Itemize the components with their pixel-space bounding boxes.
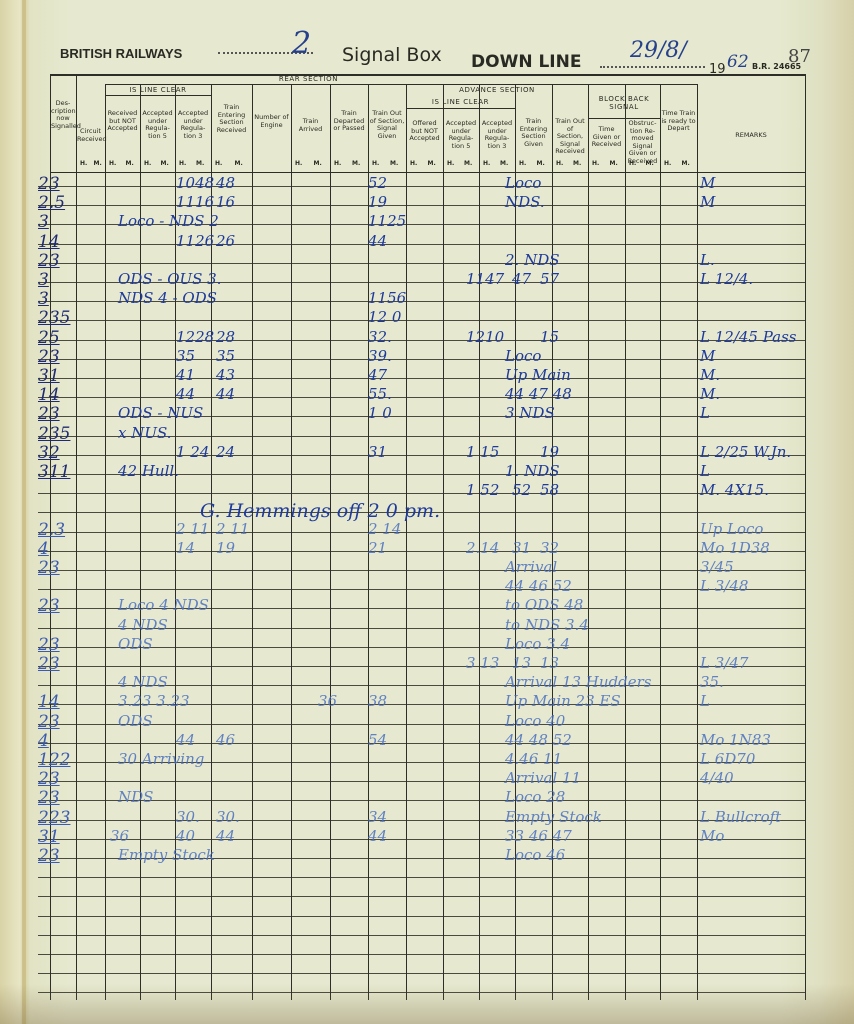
rear-is-line-clear-label: IS LINE CLEAR [105,86,211,94]
advance-note-entry: Arrival 13 Hudders [505,673,652,691]
description-code: 23 [38,596,60,616]
col-rear-accepted-reg3: Accepted under Regula-tion 3 [176,110,210,140]
minute-label: M. [126,160,134,167]
remarks-entry: L. [700,251,715,269]
col-circuit-received: Circuit Received [77,128,104,143]
remarks-entry: L 3/47 [700,654,748,672]
description-code: 3 [38,289,49,309]
train-entering-section-received-entry: 16 [216,193,235,211]
advance-section-label: ADVANCE SECTION [406,86,588,94]
row-line [38,877,805,878]
col-train-entering-received: Train Entering Section Received [212,104,251,134]
rear-accepted-reg3-entry: 1228 [176,328,214,346]
col-train-out-received: Train Out of Section, Signal Received [553,118,587,156]
train-departed-entry: 36 [318,692,337,710]
column-divider [252,84,253,1000]
advance-note-entry: to NDS 3.4 [505,616,589,634]
advance-note-entry: Loco [505,174,541,192]
description-code: 122 [38,750,70,770]
train-entering-section-received-entry: 44 [216,827,235,845]
advance-note-entry: Up Main [505,366,571,384]
rear-accepted-reg3-entry: 1126 [176,232,214,250]
page-spine [22,0,26,1024]
column-divider [330,84,331,1000]
col-train-departed: Train Departed or Passed [331,110,367,133]
rear-accepted-reg3-entry: 40 [176,827,195,845]
remarks-entry: L [700,404,710,422]
note-entry: x NUS. [118,424,172,442]
note-entry: ODS [118,635,153,653]
minute-label: M. [196,160,204,167]
rear-lineclear-rule [105,95,211,96]
note-entry: NDS [118,788,153,806]
remarks-entry: 3/45 [700,558,734,576]
hour-label: H. [109,160,116,167]
train-out-of-section-entry: 31 [368,443,387,461]
row-line [38,205,805,206]
remarks-entry: L 12/45 Pass [700,328,796,346]
signal-box-label: Signal Box [342,44,442,66]
note-entry: 42 Hull. [118,462,179,480]
row-line [38,666,805,667]
rear-accepted-reg3-entry: 44 [176,731,195,749]
advance-note-entry: Loco 28 [505,788,565,806]
row-line [38,455,805,456]
train-entering-section-given-entry: 13 [512,654,531,672]
minute-label: M. [390,160,398,167]
advance-note-entry: Loco [505,347,541,365]
col-remarks: REMARKS [698,132,804,140]
row-line [38,244,805,245]
train-out-of-section-received-entry: 57 [540,270,559,288]
train-entering-section-received-entry: 48 [216,174,235,192]
remarks-entry: 4/40 [700,769,734,787]
minute-label: M. [94,160,102,167]
hour-label: H. [447,160,454,167]
train-out-of-section-entry: 1156 [368,289,406,307]
note-entry: NDS 4 - ODS [118,289,217,307]
description-code: 235 [38,308,70,328]
advance-note-entry: 33 46 47 [505,827,572,845]
hour-label: H. [410,160,417,167]
train-out-of-section-received-entry: 32 [540,539,559,557]
description-code: 223 [38,808,70,828]
train-out-of-section-entry: 19 [368,193,387,211]
row-line [38,647,805,648]
line-label: DOWN LINE [471,52,581,72]
train-out-of-section-entry: 54 [368,731,387,749]
description-code: 25 [38,328,60,348]
description-code: 32 [38,443,60,463]
train-out-of-section-received-entry: 19 [540,443,559,461]
page-edge-shadow [0,984,854,1024]
row-line [38,820,805,821]
advance-note-entry: 44 46 52 [505,577,572,595]
hour-label: H. [519,160,526,167]
page-number: 87 [788,46,811,67]
train-entering-section-received-entry: 35 [216,347,235,365]
description-code: 4 [38,731,49,751]
hour-label: H. [664,160,671,167]
advance-note-entry: Empty Stock [505,808,602,826]
row-line [38,896,805,897]
col-block-time-given: Time Given or Received [589,126,624,149]
minute-label: M. [352,160,360,167]
train-entering-section-given-entry: 31 [512,539,531,557]
advance-note-entry: 2. NDS [505,251,560,269]
note-entry: 4 NDS [118,673,168,691]
remarks-entry: M [700,347,715,365]
rear-section-label: REAR SECTION [211,75,406,83]
row-line [38,340,805,341]
train-entering-section-received-entry: 43 [216,366,235,384]
minute-label: M. [235,160,243,167]
note-entry: 30 Arriving [118,750,204,768]
rear-accepted-reg3-entry: 30. [176,808,200,826]
column-divider [660,84,661,1000]
description-code: 23 [38,654,60,674]
col-train-out-given: Train Out of Section, Signal Given [369,110,405,140]
remarks-entry: M. 4X15. [700,481,769,499]
minute-label: M. [314,160,322,167]
advance-note-entry: 4.46 11 [505,750,562,768]
handwritten-year: 62 [727,52,749,72]
description-code: 23 [38,769,60,789]
remarks-entry: L Bullcroft [700,808,781,826]
signal-box-number: 2 [292,26,311,61]
remarks-entry: L 2/25 W.Jn. [700,443,791,461]
hour-label: H. [179,160,186,167]
train-entering-section-given-entry: 52 [512,481,531,499]
col-number-of-engine: Number of Engine [253,114,290,129]
row-line [38,724,805,725]
description-code: 23 [38,404,60,424]
remarks-entry: L 6D70 [700,750,755,768]
hour-label: H. [80,160,87,167]
col-adv-offered-not-accepted: Offered but NOT Accepted [407,120,442,143]
train-out-of-section-entry: 1 0 [368,404,392,422]
advance-note-entry: Up Main 23 ES [505,692,621,710]
description-code: 31 [38,366,60,386]
row-line [38,916,805,917]
train-out-of-section-entry: 55. [368,385,392,403]
train-entering-section-received-entry: 26 [216,232,235,250]
adv-accepted-reg3-entry: 1147 [466,270,504,288]
advance-note-entry: 44 48 52 [505,731,572,749]
train-entering-section-received-entry: 19 [216,539,235,557]
column-divider [443,84,444,1000]
remarks-entry: Mo 1N83 [700,731,771,749]
adv-accepted-reg3-entry: 2.14 [466,539,499,557]
row-line [38,532,805,533]
row-line [38,263,805,264]
row-line [38,743,805,744]
col-adv-accepted-reg3: Accepted under Regula-tion 3 [480,120,514,150]
remarks-entry: 35. [700,673,724,691]
row-line [38,935,805,936]
remarks-entry: L 12/4. [700,270,753,288]
description-code: 23 [38,251,60,271]
description-code: 23 [38,712,60,732]
hour-label: H. [334,160,341,167]
remarks-entry: M [700,174,715,192]
advance-note-entry: Arrival [505,558,557,576]
rear-accepted-reg3-entry: 1048 [176,174,214,192]
col-time-train-ready: Time Train is ready to Depart [661,110,696,133]
description-code: 23 [38,558,60,578]
handwritten-date: 29/8/ [630,38,687,63]
adv-accepted-reg3-entry: 1 15 [466,443,499,461]
row-line [38,551,805,552]
rear-accepted-reg3-entry: 14 [176,539,195,557]
description-code: 14 [38,692,60,712]
column-divider [697,84,698,1000]
minute-label: M. [537,160,545,167]
row-line [38,378,805,379]
note-entry: ODS - NUS [118,404,203,422]
rear-accepted-reg3-entry: 1116 [176,193,214,211]
advance-note-entry: Loco 46 [505,846,565,864]
train-entering-section-received-entry: 2 11 [216,520,249,538]
train-out-of-section-entry: 44 [368,232,387,250]
row-line [38,186,805,187]
train-out-of-section-entry: 47 [368,366,387,384]
remarks-entry: Up Loco [700,520,763,538]
train-out-of-section-entry: 52 [368,174,387,192]
train-entering-section-received-entry: 46 [216,731,235,749]
description-code: 3 [38,270,49,290]
hour-label: H. [372,160,379,167]
col-train-entering-given: Train Entering Section Given [516,118,551,148]
minute-label: M. [464,160,472,167]
hour-label: H. [556,160,563,167]
col-description: Des-cription now Signalled [51,100,75,130]
advance-note-entry: Loco 3.4 [505,635,570,653]
hour-label: H. [629,160,636,167]
note-entry: Loco - NDS 2 [118,212,219,230]
col-rear-accepted-reg5: Accepted under Regula-tion 5 [141,110,174,140]
minute-label: M. [428,160,436,167]
train-out-of-section-received-entry: 13 [540,654,559,672]
hour-label: H. [295,160,302,167]
row-line [38,320,805,321]
minute-label: M. [500,160,508,167]
col-adv-accepted-reg5: Accepted under Regula-tion 5 [444,120,478,150]
description-code: 235 [38,424,70,444]
row-line [38,954,805,955]
note-entry: ODS - OUS 3. [118,270,222,288]
column-divider [291,84,292,1000]
train-out-of-section-entry: 2 14 [368,520,401,538]
hour-label: H. [592,160,599,167]
description-code: 23 [38,174,60,194]
hour-label: H. [144,160,151,167]
minute-label: M. [573,160,581,167]
row-line [38,397,805,398]
note-entry: 4 NDS [118,616,168,634]
organisation-title: BRITISH RAILWAYS [60,46,182,61]
description-code: 2.5 [38,193,65,213]
train-out-of-section-entry: 34 [368,808,387,826]
remarks-entry: L [700,462,710,480]
rear-accepted-reg3-entry: 44 [176,385,195,403]
column-divider [105,84,106,1000]
row-line [38,839,805,840]
advance-note-entry: 44 47 48 [505,385,572,403]
minute-label: M. [646,160,654,167]
train-out-of-section-received-entry: 58 [540,481,559,499]
train-out-of-section-entry: 12 0 [368,308,401,326]
train-entering-section-received-entry: 28 [216,328,235,346]
hour-label: H. [483,160,490,167]
adv-accepted-reg3-entry: 1 52 [466,481,499,499]
adv-accepted-reg3-entry: 1210 [466,328,504,346]
description-code: 14 [38,385,60,405]
note-entry: Loco 4 NDS [118,596,209,614]
advance-note-entry: Arrival 11 [505,769,581,787]
minute-label: M. [161,160,169,167]
train-entering-section-received-entry: 44 [216,385,235,403]
description-code: 14 [38,232,60,252]
description-code: 3 [38,212,49,232]
row-line [38,781,805,782]
remarks-entry: Mo 1D38 [700,539,770,557]
note-entry: ODS [118,712,153,730]
row-line [38,493,805,494]
column-divider [588,84,589,1000]
train-out-of-section-entry: 38 [368,692,387,710]
train-out-of-section-entry: 39. [368,347,392,365]
logbook-page: BRITISH RAILWAYS 2 Signal Box DOWN LINE … [0,0,854,1024]
rear-accepted-reg3-entry: 35 [176,347,195,365]
column-divider [625,84,626,1000]
advance-note-entry: NDS. [505,193,545,211]
note-entry: 3.23 3.23 [118,692,190,710]
remarks-entry: M [700,193,715,211]
row-line [38,973,805,974]
adv-is-line-clear-label: IS LINE CLEAR [406,98,515,106]
minute-label: M. [610,160,618,167]
train-out-of-section-entry: 32. [368,328,392,346]
remarks-entry: M. [700,385,720,403]
advance-note-entry: 3 NDS [505,404,555,422]
train-out-of-section-entry: 21 [368,539,387,557]
row-line [38,589,805,590]
adv-accepted-reg3-entry: 3 13 [466,654,499,672]
col-obstruction-removed: Obstruc-tion Re-moved Signal Given or Re… [626,120,659,165]
header-bottom-rule [50,172,805,173]
description-code: 23 [38,788,60,808]
description-code: 2.3 [38,520,65,540]
train-out-of-section-entry: 1125 [368,212,406,230]
remarks-entry: L 3/48 [700,577,748,595]
rear-accepted-reg3-entry: 2 11 [176,520,209,538]
description-code: 311 [38,462,70,482]
block-back-signal-label: BLOCK BACK SIGNAL [588,95,660,111]
col-train-arrived: Train Arrived [292,118,329,133]
train-out-of-section-entry: 44 [368,827,387,845]
row-line [38,359,805,360]
remarks-entry: L [700,692,710,710]
description-code: 31 [38,827,60,847]
row-line [38,570,805,571]
rear-accepted-reg3-entry: 1 24 [176,443,209,461]
dotted-fill-line [600,66,705,68]
advance-note-entry: 1. NDS [505,462,560,480]
remarks-entry: M. [700,366,720,384]
column-divider [76,74,77,1000]
hour-label: H. [215,160,222,167]
circuit-received-entry: 36 [110,827,129,845]
train-entering-section-given-entry: 47 [512,270,531,288]
header-rule [50,74,805,76]
minute-label: M. [682,160,690,167]
train-entering-section-received-entry: 30. [216,808,240,826]
advance-note-entry: to ODS 48 [505,596,583,614]
col-rear-received-not-accepted: Received but NOT Accepted [106,110,139,133]
description-code: 4 [38,539,49,559]
description-code: 23 [38,635,60,655]
train-entering-section-received-entry: 24 [216,443,235,461]
rear-accepted-reg3-entry: 41 [176,366,195,384]
advance-section-rule [406,84,697,85]
description-code: 23 [38,846,60,866]
adv-lineclear-rule [406,108,515,109]
train-out-of-section-received-entry: 15 [540,328,559,346]
rear-section-rule [105,84,406,85]
column-divider [805,74,806,1000]
advance-note-entry: Loco 40 [505,712,565,730]
remarks-entry: Mo [700,827,724,845]
description-code: 23 [38,347,60,367]
note-entry: Empty Stock [118,846,215,864]
